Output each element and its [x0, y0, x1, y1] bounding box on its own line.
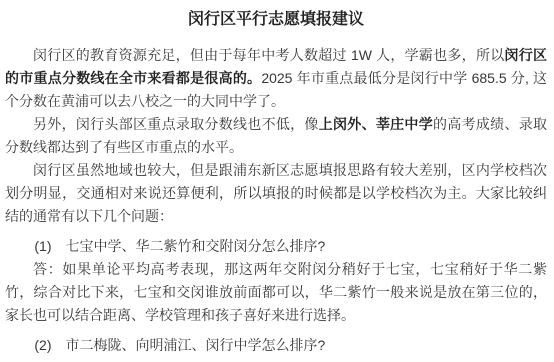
- paragraph-intro-text-1: 闵行区的教育资源充足，但由于每年中考人数超过 1W 人，学霸也多，所以: [33, 47, 504, 63]
- paragraph-district-keypoint: 另外，闵行头部区重点录取分数线也不低，像上闵外、莘庄中学的高考成绩、录取分数线都…: [5, 113, 547, 159]
- paragraph-intro: 闵行区的教育资源充足，但由于每年中考人数超过 1W 人，学霸也多，所以闵行区的市…: [5, 44, 547, 113]
- question-2: (2) 市二梅陇、向明浦江、闵行中学怎么排序?: [5, 334, 547, 357]
- answer-1: 答：如果单论平均高考表现，那这两年交附闵分稍好于七宝，七宝稍好于华二紫竹，综合对…: [5, 258, 547, 327]
- paragraph-filling-strategy: 闵行区虽然地域也较大，但是跟浦东新区志愿填报思路有较大差别，区内学校档次划分明显…: [5, 159, 547, 228]
- document-page: 闵行区平行志愿填报建议 闵行区的教育资源充足，但由于每年中考人数超过 1W 人，…: [0, 0, 554, 362]
- paragraph-district-keypoint-text-1: 另外，闵行头部区重点录取分数线也不低，像: [33, 116, 319, 132]
- paragraph-district-keypoint-bold-schools: 上闵外、莘庄中学: [319, 116, 433, 132]
- document-title: 闵行区平行志愿填报建议: [5, 8, 547, 31]
- question-1: (1) 七宝中学、华二紫竹和交附闵分怎么排序?: [5, 235, 547, 258]
